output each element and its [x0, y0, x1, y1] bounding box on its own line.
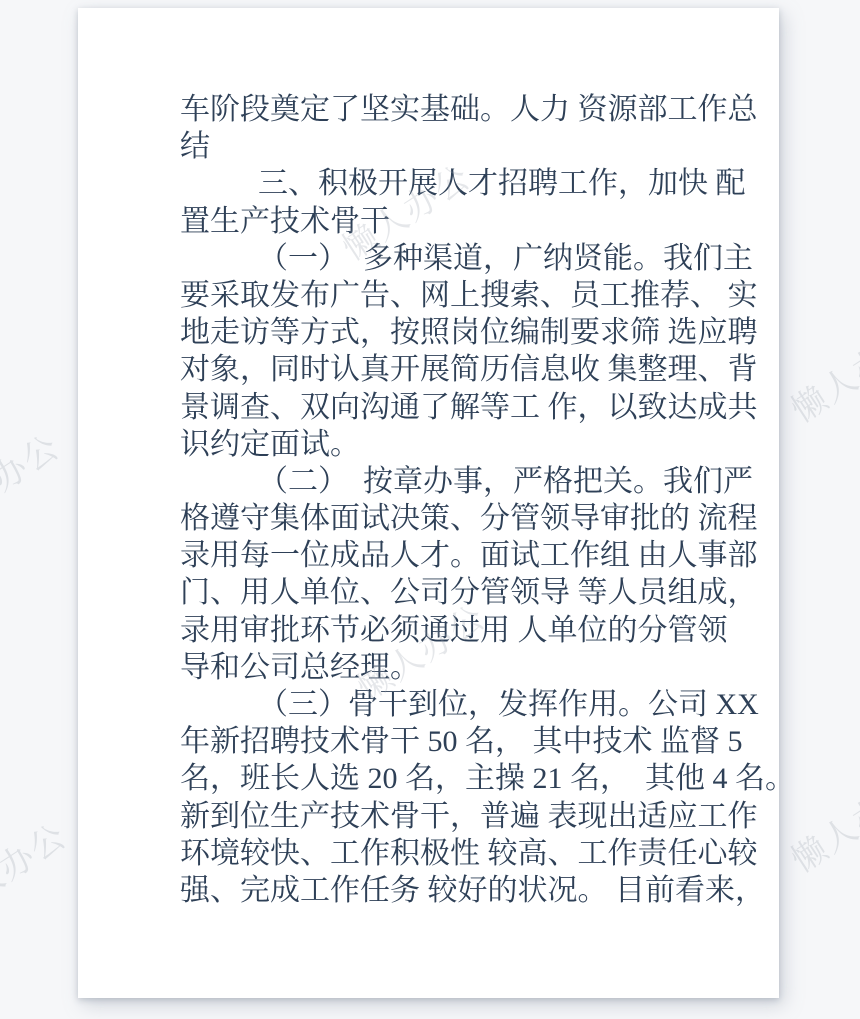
text-line-p3-l5: 景调查、双向沟通了解等工 作，以致达成共 — [180, 389, 696, 426]
text-line-p5-l3: 名，班长人选 20 名，主操 21 名， 其他 4 名。 — [180, 760, 696, 797]
watermark-text-3: 懒人办公 — [0, 420, 68, 540]
document-body-text: 车阶段奠定了坚实基础。人力 资源部工作总结三、积极开展人才招聘工作，加快 配置生… — [180, 91, 696, 909]
text-line-p3-l3: 地走访等方式，按照岗位编制要求筛 选应聘 — [180, 314, 696, 351]
text-line-p4-l4: 门、用人单位、公司分管领导 等人员组成， — [180, 574, 696, 611]
text-line-p4-l5: 录用审批环节必须通过用 人单位的分管领 — [180, 612, 696, 649]
watermark-text-6: 懒人办公 — [0, 809, 75, 929]
text-line-p5-l6: 强、完成工作任务 较好的状况。 目前看来， — [180, 872, 696, 909]
text-line-p3-l1: （一） 多种渠道，广纳贤能。我们主 — [180, 240, 696, 277]
watermark-text-2: 懒人办公 — [780, 312, 860, 432]
text-line-p2-l2: 置生产技术骨干 — [180, 203, 696, 240]
canvas-background: 车阶段奠定了坚实基础。人力 资源部工作总结三、积极开展人才招聘工作，加快 配置生… — [0, 0, 860, 1019]
text-line-p5-l5: 环境较快、工作积极性 较高、工作责任心较 — [180, 835, 696, 872]
text-line-p3-l4: 对象，同时认真开展简历信息收 集整理、背 — [180, 351, 696, 388]
document-page: 车阶段奠定了坚实基础。人力 资源部工作总结三、积极开展人才招聘工作，加快 配置生… — [78, 8, 779, 998]
text-line-p5-l2: 年新招聘技术骨干 50 名， 其中技术 监督 5 — [180, 723, 696, 760]
text-line-p4-l6: 导和公司总经理。 — [180, 649, 696, 686]
text-line-p3-l2: 要采取发布广告、网上搜索、员工推荐、 实 — [180, 277, 696, 314]
text-line-p2-l1: 三、积极开展人才招聘工作，加快 配 — [180, 165, 696, 202]
text-line-p1-l1: 车阶段奠定了坚实基础。人力 资源部工作总 — [180, 91, 696, 128]
text-line-p5-l4: 新到位生产技术骨干，普遍 表现出适应工作 — [180, 798, 696, 835]
text-line-p3-l6: 识约定面试。 — [180, 426, 696, 463]
text-line-p4-l1: （二） 按章办事，严格把关。我们严 — [180, 463, 696, 500]
text-line-p1-l2: 结 — [180, 128, 696, 165]
text-line-p4-l2: 格遵守集体面试决策、分管领导审批的 流程 — [180, 500, 696, 537]
text-line-p5-l1: （三）骨干到位，发挥作用。公司 XX — [180, 686, 696, 723]
text-line-p4-l3: 录用每一位成品人才。面试工作组 由人事部 — [180, 537, 696, 574]
